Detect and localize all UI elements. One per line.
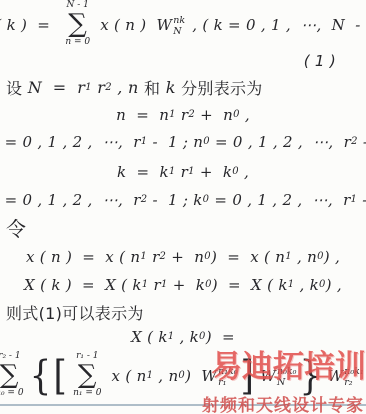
line-n-ranges: ( n1 = 0 , 1 , 2 , ⋯, r1 - 1 ; n0 = 0 , …: [0, 133, 366, 151]
sum-sigma: ∑: [0, 362, 19, 389]
subscript: 1: [169, 167, 176, 177]
math-text: ) =: [206, 328, 235, 346]
subscript: 2: [105, 83, 112, 93]
subscript: 2: [160, 252, 167, 262]
sum-sigma: ∑: [78, 362, 97, 389]
math-text: X ( k: [131, 328, 168, 346]
math-text: , n: [292, 248, 317, 266]
math-text: ) = x ( n: [211, 248, 285, 266]
subscript: 1: [351, 195, 358, 205]
subscript: 1: [140, 252, 147, 262]
subscript: 1: [188, 167, 195, 177]
plain-text: 设: [6, 76, 28, 99]
math-text: - 1): [358, 133, 366, 151]
math-text: X ( k ) = X ( k: [24, 276, 142, 294]
subscript: 2: [351, 137, 358, 147]
subscript: 1: [161, 280, 168, 290]
math-text: - 1 ; k: [147, 191, 202, 209]
math-text: ( 1 ): [304, 52, 336, 70]
math-text: r: [176, 106, 189, 124]
subscript: 1: [169, 110, 176, 120]
subscript: 1: [285, 252, 292, 262]
summation-symbol: r₂ - 1∑n₀ = 0: [0, 352, 24, 399]
line-k-decomp: k = k1 r1 + k0 ,: [0, 163, 366, 181]
math-text: r: [148, 276, 161, 294]
line-eq-number: ( 1 ): [0, 52, 366, 70]
line-n-decomp: n = n1 r2 + n0 ,: [0, 106, 366, 124]
subscript: 2: [141, 195, 148, 205]
summation-symbol: r₁ - 1∑n₁ = 0: [73, 352, 101, 399]
math-text: k: [166, 78, 181, 97]
subscript: 1: [147, 371, 154, 381]
math-text: + k: [168, 276, 205, 294]
subscript: 0: [199, 332, 206, 342]
math-text: r: [176, 163, 189, 181]
document-page: X ( k ) = N - 1∑n = 0 x ( n ) WnkN , ( k…: [0, 0, 366, 414]
plain-text: 分别表示为: [181, 76, 263, 99]
math-text: r: [147, 248, 160, 266]
big-delimiter: [: [54, 355, 68, 395]
subscript: 0: [203, 137, 210, 147]
subscript: 1: [85, 83, 92, 93]
math-text: = 0 , 1 , 2 , ⋯, r: [210, 133, 351, 151]
math-text: + n: [166, 248, 204, 266]
sum-lower: n = 0: [65, 38, 90, 48]
subscript: 1: [288, 280, 295, 290]
subscript: 1: [142, 280, 149, 290]
subscript: 0: [204, 252, 211, 262]
math-text: , n: [153, 367, 178, 385]
math-text: , n: [112, 78, 144, 97]
math-text: = 0 , 1 , 2 , ⋯, r: [0, 191, 141, 209]
math-text: X ( k ) =: [0, 16, 60, 34]
math-text: x ( n ) W: [95, 16, 172, 34]
math-text: ,: [240, 106, 250, 124]
subscript: 1: [141, 137, 148, 147]
math-text: , ( k = 0 , 1 , ⋯, N - 1): [187, 16, 366, 34]
math-text: = 0 , 1 , 2 , ⋯, r: [0, 133, 141, 151]
subscript: 0: [233, 110, 240, 120]
plain-text: 和: [144, 76, 166, 99]
line-eq-dft: X ( k ) = N - 1∑n = 0 x ( n ) WnkN , ( k…: [0, 1, 366, 48]
line-x-mapping: x ( n ) = x ( n1 r2 + n0) = x ( n1 , n0)…: [0, 248, 366, 266]
subscript: 0: [319, 280, 326, 290]
line-k-ranges: ( k1 = 0 , 1 , 2 , ⋯, r2 - 1 ; k0 = 0 , …: [0, 191, 366, 209]
line-lhs: X ( k1 , k0) =: [0, 328, 366, 346]
plain-text: 则式(1)可以表示为: [6, 301, 144, 324]
line-X-mapping: X ( k ) = X ( k1 r1 + k0) = X ( k1 , k0)…: [0, 276, 366, 294]
math-text: + n: [195, 106, 233, 124]
subscript: N: [173, 27, 181, 38]
subscript: 0: [203, 195, 210, 205]
plain-text: 令: [6, 213, 26, 242]
math-text: = 0 , 1 , 2 , ⋯, r: [209, 191, 350, 209]
line-then-text: 则式(1)可以表示为: [0, 301, 366, 324]
summation-symbol: N - 1∑n = 0: [65, 1, 90, 48]
math-text: r: [92, 78, 105, 97]
math-text: + k: [195, 163, 232, 181]
math-text: ) = X ( k: [212, 276, 288, 294]
subscript: 0: [317, 252, 324, 262]
sum-sigma: ∑: [68, 11, 87, 38]
watermark-logo: 易迪拓培训: [211, 349, 366, 386]
math-text: x ( n ) = x ( n: [26, 248, 140, 266]
watermark-tagline: 射频和天线设计专家: [202, 391, 364, 414]
subscript: 0: [205, 280, 212, 290]
script-stack: nkN: [173, 16, 185, 38]
math-text: - 1): [357, 191, 366, 209]
math-text: x ( n: [106, 367, 146, 385]
subscript: 1: [168, 332, 175, 342]
math-text: ) ,: [324, 248, 340, 266]
math-text: - 1 ; n: [147, 133, 203, 151]
math-text: ,: [239, 163, 249, 181]
math-text: , k: [174, 328, 199, 346]
big-delimiter: {: [30, 355, 52, 395]
line-let-text: 令: [0, 213, 366, 242]
sum-lower: n₁ = 0: [73, 389, 101, 399]
subscript: 0: [232, 167, 239, 177]
math-text: ) ,: [326, 276, 342, 294]
sum-lower: n₀ = 0: [0, 389, 24, 399]
math-text: , k: [294, 276, 319, 294]
math-text: k = k: [117, 163, 169, 181]
math-text: N = r: [28, 78, 86, 97]
line-setup-text: 设 N = r1 r2 , n 和 k 分别表示为: [0, 76, 366, 99]
subscript: 2: [188, 110, 195, 120]
math-text: n = n: [116, 106, 169, 124]
